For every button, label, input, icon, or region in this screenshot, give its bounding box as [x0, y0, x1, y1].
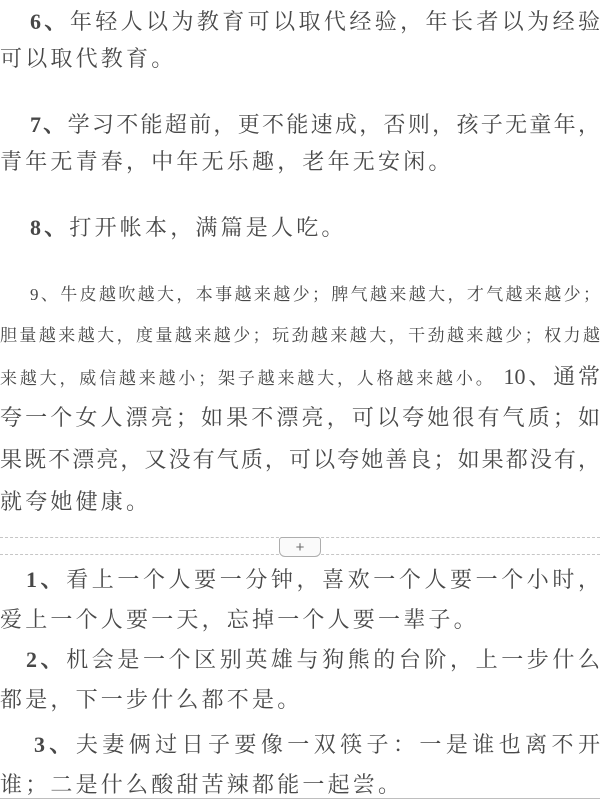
- insert-plus-button[interactable]: +: [279, 537, 321, 557]
- item9-line2: 胆量越来越大，度量越来越少；玩劲越来越大，干劲越来越少；权力越: [0, 315, 600, 356]
- item1-line2: 爱上一个人要一天，忘掉一个人要一辈子。: [0, 600, 600, 640]
- item9-line3: 来越大，威信越来越小；架子越来越大，人格越来越小。10、通常: [0, 356, 600, 397]
- item1-text1: 看上一个人要一分钟，喜欢一个人要一个小时，: [66, 567, 600, 592]
- quote-item-9: 9、牛皮越吹越大，本事越来越少；脾气越来越大，才气越来越少； 胆量越来越大，度量…: [0, 274, 600, 397]
- next-section-top-border: [0, 798, 600, 799]
- item7-line2: 青年无青春，中年无乐趣，老年无安闲。: [0, 143, 600, 180]
- item9-number: 9、: [30, 285, 60, 304]
- quote-item-1: 1、看上一个人要一分钟，喜欢一个人要一个小时， 爱上一个人要一天，忘掉一个人要一…: [0, 560, 600, 640]
- document-page: 6、年轻人以为教育可以取代经验，年长者以为经验 可以取代教育。 7、学习不能超前…: [0, 0, 600, 800]
- item6-text1: 年轻人以为教育可以取代经验，年长者以为经验: [70, 9, 600, 34]
- item10-line1: 夸一个女人漂亮；如果不漂亮，可以夸她很有气质；如: [0, 397, 600, 439]
- item10-line3: 就夸她健康。: [0, 481, 600, 523]
- post-section-bottom: 1、看上一个人要一分钟，喜欢一个人要一个小时， 爱上一个人要一天，忘掉一个人要一…: [0, 560, 600, 800]
- item3-line1: 3、夫妻俩过日子要像一双筷子：一是谁也离不开: [0, 725, 600, 765]
- item6-number: 6、: [30, 9, 70, 34]
- item1-number: 1、: [26, 567, 66, 592]
- quote-item-7: 7、学习不能超前，更不能速成，否则，孩子无童年， 青年无青春，中年无乐趣，老年无…: [0, 106, 600, 180]
- item7-line1: 7、学习不能超前，更不能速成，否则，孩子无童年，: [0, 106, 600, 143]
- item8-number: 8、: [30, 215, 69, 240]
- item3-line2: 谁；二是什么酸甜苦辣都能一起尝。: [0, 765, 600, 800]
- item1-line1: 1、看上一个人要一分钟，喜欢一个人要一个小时，: [0, 560, 600, 600]
- item10-line2: 果既不漂亮，又没有气质，可以夸她善良；如果都没有，: [0, 439, 600, 481]
- item2-line1: 2、机会是一个区别英雄与狗熊的台阶，上一步什么: [0, 640, 600, 680]
- item6-line2: 可以取代教育。: [0, 40, 600, 77]
- item7-number: 7、: [30, 112, 68, 137]
- item8-text1: 打开帐本，满篇是人吃。: [69, 215, 346, 240]
- item9-text3: 来越大，威信越来越小；架子越来越大，人格越来越小。: [0, 369, 496, 388]
- item2-number: 2、: [26, 647, 66, 672]
- quote-item-6: 6、年轻人以为教育可以取代经验，年长者以为经验 可以取代教育。: [0, 3, 600, 77]
- item2-text1: 机会是一个区别英雄与狗熊的台阶，上一步什么: [66, 647, 600, 672]
- quote-item-2: 2、机会是一个区别英雄与狗熊的台阶，上一步什么 都是，下一步什么都不是。: [0, 640, 600, 720]
- item3-number: 3、: [34, 732, 76, 757]
- quote-item-10: 夸一个女人漂亮；如果不漂亮，可以夸她很有气质；如 果既不漂亮，又没有气质，可以夸…: [0, 397, 600, 523]
- post-section-top: 6、年轻人以为教育可以取代经验，年长者以为经验 可以取代教育。 7、学习不能超前…: [0, 0, 600, 523]
- item9-line1: 9、牛皮越吹越大，本事越来越少；脾气越来越大，才气越来越少；: [0, 274, 600, 315]
- quote-item-3: 3、夫妻俩过日子要像一双筷子：一是谁也离不开 谁；二是什么酸甜苦辣都能一起尝。: [0, 725, 600, 800]
- item9-text1: 牛皮越吹越大，本事越来越少；脾气越来越大，才气越来越少；: [60, 285, 600, 304]
- item8-line1: 8、打开帐本，满篇是人吃。: [0, 209, 600, 246]
- item6-line1: 6、年轻人以为教育可以取代经验，年长者以为经验: [0, 3, 600, 40]
- item3-text1: 夫妻俩过日子要像一双筷子：一是谁也离不开: [76, 732, 600, 757]
- post-divider: +: [0, 537, 600, 555]
- item2-line2: 都是，下一步什么都不是。: [0, 680, 600, 720]
- quote-item-8: 8、打开帐本，满篇是人吃。: [0, 209, 600, 246]
- item7-text1: 学习不能超前，更不能速成，否则，孩子无童年，: [68, 112, 600, 137]
- item10-number-lead: 10、通常: [504, 364, 600, 389]
